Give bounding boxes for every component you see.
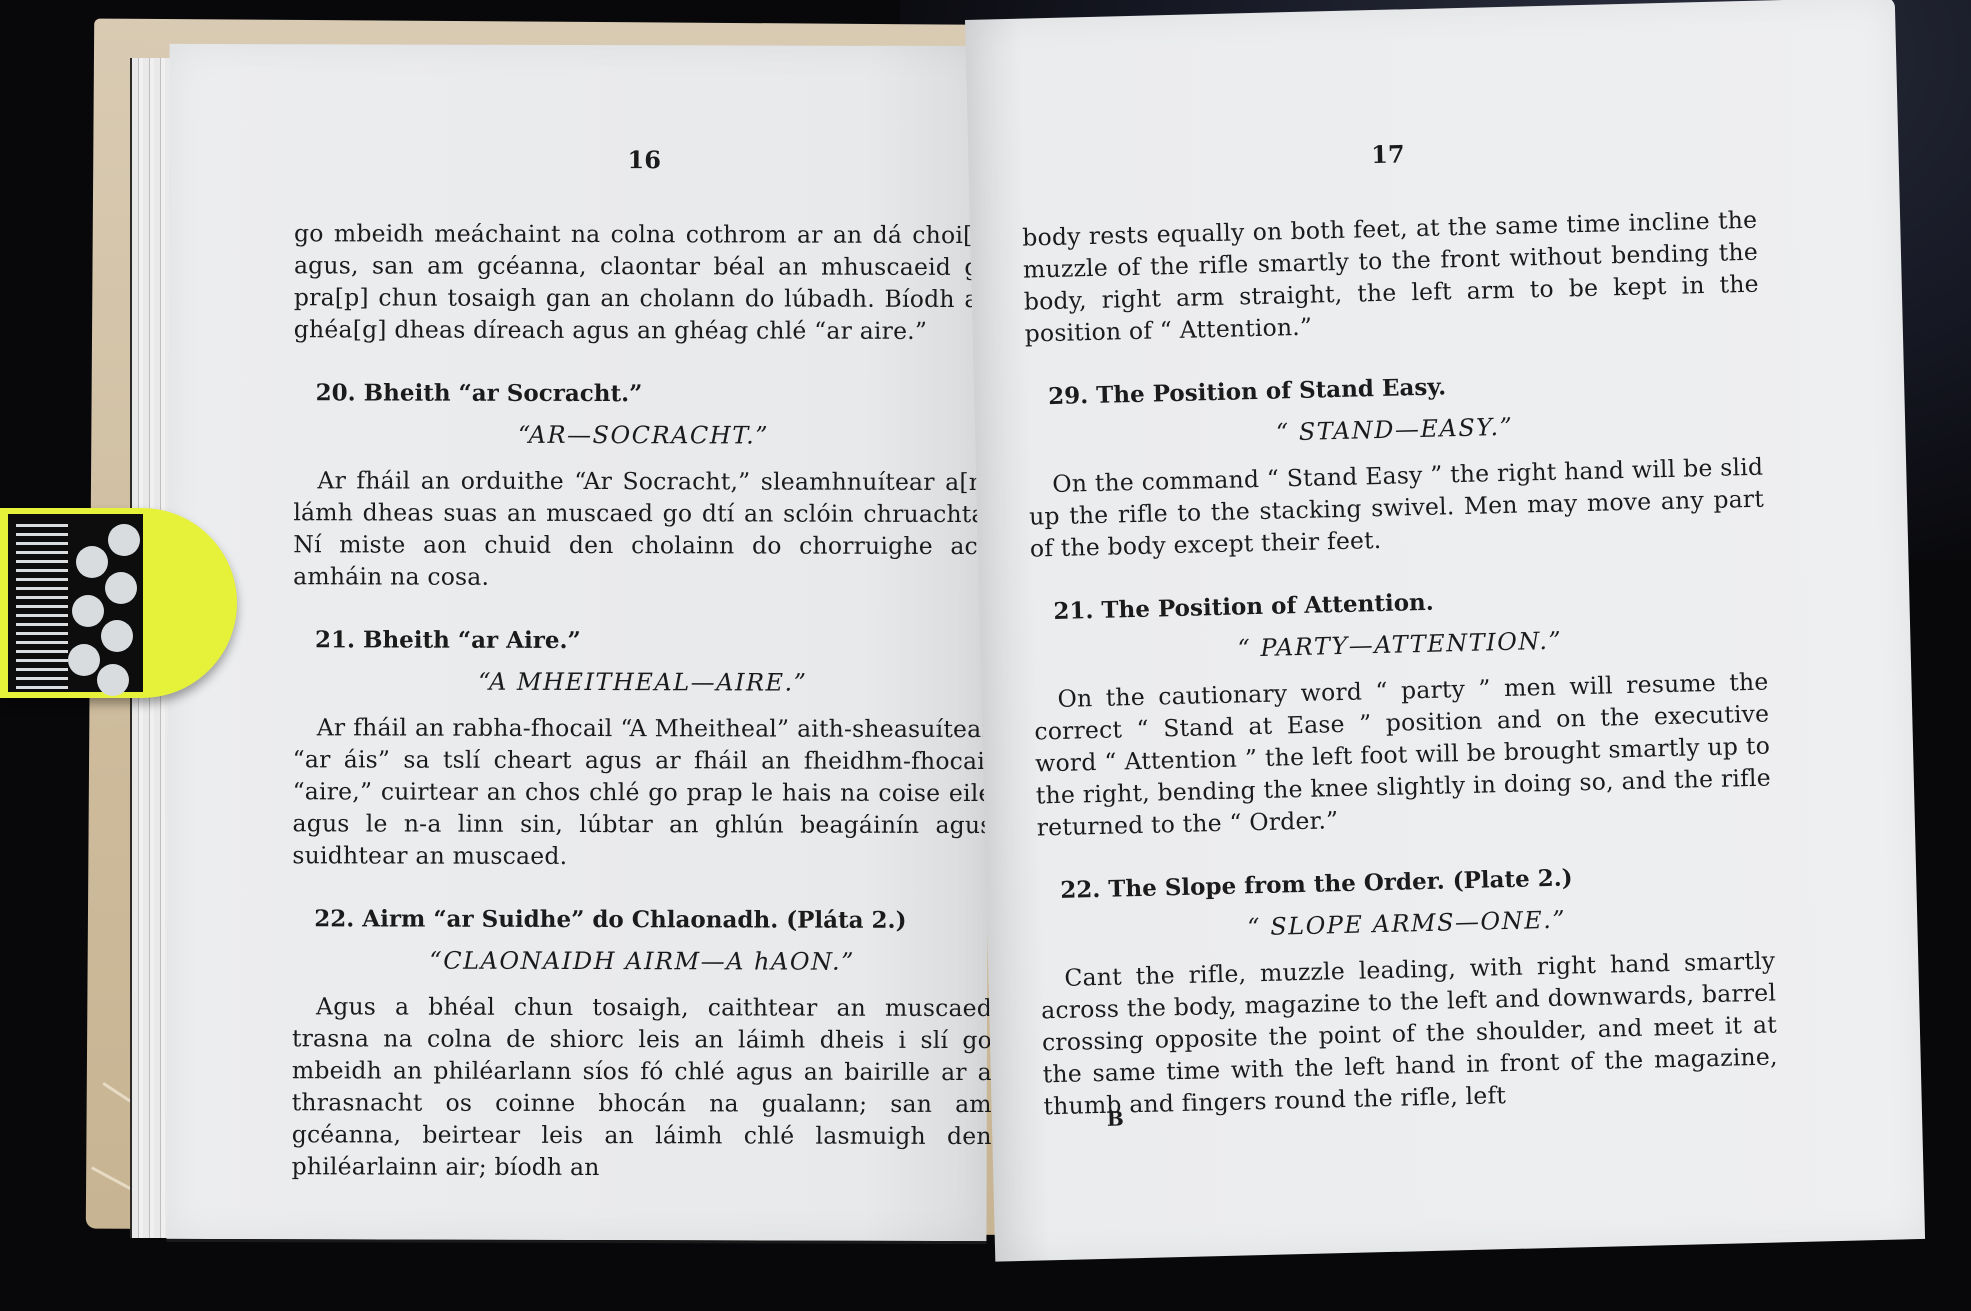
drill-command: “ PARTY—ATTENTION.” xyxy=(1032,622,1767,668)
bookmark-clip[interactable] xyxy=(0,508,237,698)
section-heading: 22. The Slope from the Order. (Plate 2.) xyxy=(1060,860,1773,904)
paragraph: Ar fháil an rabha-fhocail “A Mheitheal” … xyxy=(292,711,992,873)
dot-icon xyxy=(105,572,137,604)
drill-command: “AR—SOCRACHT.” xyxy=(294,420,994,450)
paragraph: Agus a bhéal chun tosaigh, caithtear an … xyxy=(292,990,993,1184)
right-page: 17 body rests equally on both feet, at t… xyxy=(965,0,1925,1262)
section-heading: 21. The Position of Attention. xyxy=(1053,581,1766,625)
right-page-content: 17 body rests equally on both feet, at t… xyxy=(1020,131,1779,1123)
left-page: 16 go mbeidh meáchaint na colna cothrom … xyxy=(166,44,989,1244)
section-heading: 20. Bheith “ar Socracht.” xyxy=(316,379,994,408)
drill-command: “ STAND—EASY.” xyxy=(1027,407,1762,453)
paragraph: Ar fháil an orduithe “Ar Socracht,” slea… xyxy=(293,464,993,594)
paragraph: go mbeidh meáchaint na colna cothrom ar … xyxy=(294,217,994,347)
drill-command: “ SLOPE ARMS—ONE.” xyxy=(1039,901,1774,947)
paragraph: On the cautionary word “ party ” men wil… xyxy=(1033,666,1772,844)
dot-icon xyxy=(97,664,129,696)
dot-icon xyxy=(101,620,133,652)
stripes-pattern-icon xyxy=(16,524,68,689)
section-heading: 29. The Position of Stand Easy. xyxy=(1048,366,1761,410)
paragraph: body rests equally on both feet, at the … xyxy=(1022,204,1760,350)
page-number: 17 xyxy=(1020,131,1755,178)
drill-command: “CLAONAIDH AIRM—A hAON.” xyxy=(292,946,992,976)
dot-icon xyxy=(108,524,140,556)
bookmark-pattern xyxy=(8,514,143,692)
left-page-content: 16 go mbeidh meáchaint na colna cothrom … xyxy=(292,144,995,1184)
drill-command: “A MHEITHEAL—AIRE.” xyxy=(293,667,993,697)
page-number: 16 xyxy=(294,144,994,175)
section-heading: 22. Airm “ar Suidhe” do Chlaonadh. (Plát… xyxy=(314,905,992,934)
section-heading: 21. Bheith “ar Aire.” xyxy=(315,626,993,655)
signature-mark: B xyxy=(1107,1106,1124,1130)
dot-icon xyxy=(76,546,108,578)
paragraph: Cant the rifle, muzzle leading, with rig… xyxy=(1040,944,1779,1122)
dot-icon xyxy=(72,595,104,627)
paragraph: On the command “ Stand Easy ” the right … xyxy=(1028,451,1765,565)
dot-icon xyxy=(68,644,100,676)
